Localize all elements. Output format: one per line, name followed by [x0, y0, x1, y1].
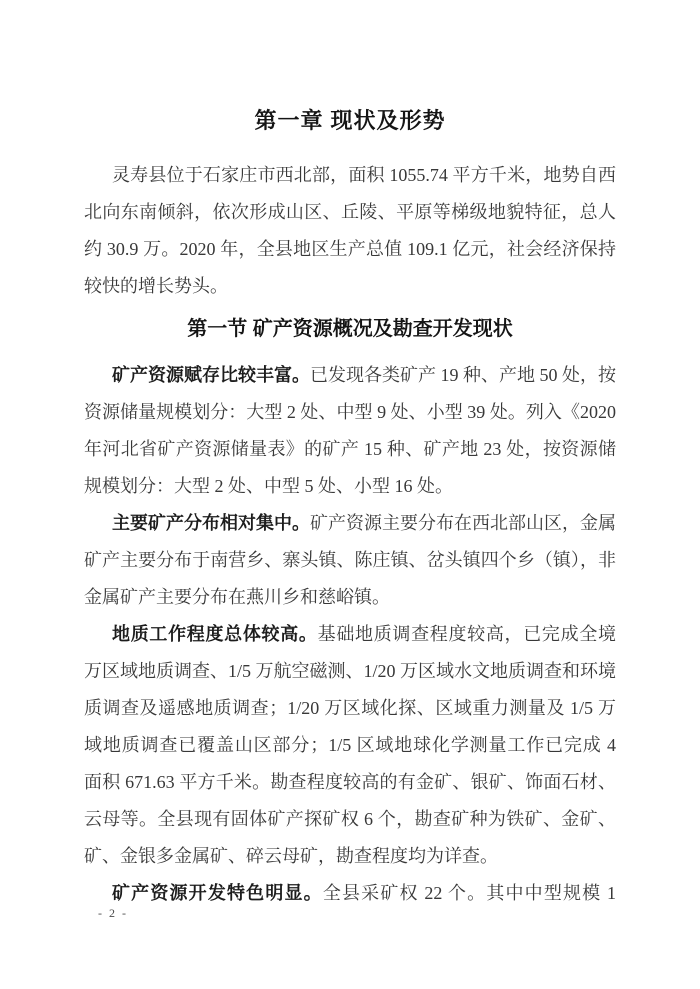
- paragraph-line: 面积 671.63 平方千米。勘查程度较高的有金矿、银矿、饰面石材、碎: [84, 764, 616, 801]
- paragraph-line: 较快的增长势头。: [84, 268, 616, 305]
- section-title: 第一节 矿产资源概况及勘查开发现状: [0, 309, 700, 349]
- paragraph-line: 金属矿产主要分布在燕川乡和慈峪镇。: [84, 579, 616, 616]
- paragraph-line: 万区域地质调查、1/5 万航空磁测、1/20 万区域水文地质调查和环境地: [84, 653, 616, 690]
- paragraph-line: 矿产资源赋存比较丰富。已发现各类矿产 19 种、产地 50 处，按: [84, 357, 616, 394]
- paragraph-line: 域地质调查已覆盖山区部分；1/5 区域地球化学测量工作已完成 4 幅、: [84, 727, 616, 764]
- paragraph-line: 质调查及遥感地质调查；1/20 万区域化探、区域重力测量及 1/5 万区: [84, 690, 616, 727]
- paragraph-line: 年河北省矿产资源储量表》的矿产 15 种、矿产地 23 处，按资源储量: [84, 431, 616, 468]
- bold-lead-text: 矿产资源开发特色明显。: [112, 883, 323, 903]
- document-page: 第一章 现状及形势 灵寿县位于石家庄市西北部，面积 1055.74 平方千米，地…: [0, 0, 700, 989]
- paragraph-geological-work: 地质工作程度总体较高。基础地质调查程度较高，已完成全境 1/20 万区域地质调查…: [0, 616, 700, 875]
- paragraph-text: 矿产资源主要分布在西北部山区，金属: [310, 513, 616, 533]
- bold-lead-text: 主要矿产分布相对集中。: [112, 513, 310, 533]
- chapter-title: 第一章 现状及形势: [0, 106, 700, 136]
- paragraph-line: 灵寿县位于石家庄市西北部，面积 1055.74 平方千米，地势自西: [84, 157, 616, 194]
- paragraph-line: 地质工作程度总体较高。基础地质调查程度较高，已完成全境 1/20: [84, 616, 616, 653]
- paragraph-line: 云母等。全县现有固体矿产探矿权 6 个，勘查矿种为铁矿、金矿、银: [84, 801, 616, 838]
- paragraph-line: 矿产主要分布于南营乡、寨头镇、陈庄镇、岔头镇四个乡（镇），非: [84, 542, 616, 579]
- paragraph-line: 矿、金银多金属矿、碎云母矿，勘查程度均为详查。: [84, 838, 616, 875]
- paragraph-distribution: 主要矿产分布相对集中。矿产资源主要分布在西北部山区，金属 矿产主要分布于南营乡、…: [0, 505, 700, 616]
- paragraph-text: 已发现各类矿产 19 种、产地 50 处，按: [310, 365, 616, 385]
- paragraph-resource-endowment: 矿产资源赋存比较丰富。已发现各类矿产 19 种、产地 50 处，按 资源储量规模…: [0, 357, 700, 505]
- bold-lead-text: 矿产资源赋存比较丰富。: [112, 365, 310, 385]
- paragraph-line: 约 30.9 万。2020 年，全县地区生产总值 109.1 亿元，社会经济保持…: [84, 231, 616, 268]
- bold-lead-text: 地质工作程度总体较高。: [112, 624, 318, 644]
- paragraph-line: 矿产资源开发特色明显。全县采矿权 22 个。其中中型规模 1 个、: [84, 875, 616, 912]
- paragraph-line: 规模划分：大型 2 处、中型 5 处、小型 16 处。: [84, 468, 616, 505]
- paragraph-line: 资源储量规模划分：大型 2 处、中型 9 处、小型 39 处。列入《2020: [84, 394, 616, 431]
- paragraph-intro: 灵寿县位于石家庄市西北部，面积 1055.74 平方千米，地势自西 北向东南倾斜…: [0, 157, 700, 305]
- paragraph-line: 主要矿产分布相对集中。矿产资源主要分布在西北部山区，金属: [84, 505, 616, 542]
- paragraph-line: 北向东南倾斜，依次形成山区、丘陵、平原等梯级地貌特征，总人口: [84, 194, 616, 231]
- page-number: - 2 -: [98, 906, 128, 921]
